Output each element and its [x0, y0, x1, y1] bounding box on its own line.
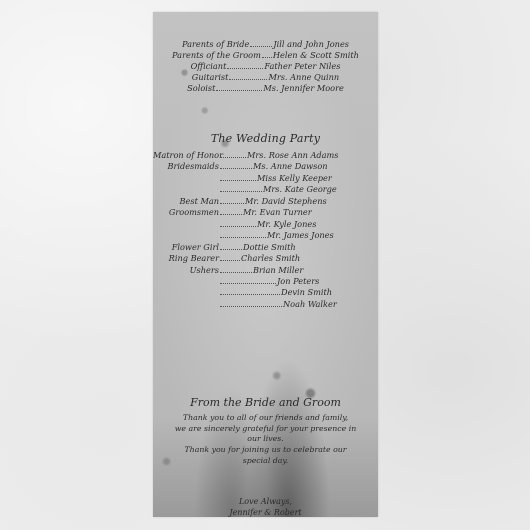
person-name: Charles Smith	[241, 253, 331, 264]
program-row: BridesmaidsMs. Anne Dawson	[153, 161, 378, 172]
role-label: Matron of Honor	[153, 150, 219, 161]
role-label: Guitarist	[192, 72, 229, 83]
person-name: Miss Kelly Keeper	[257, 173, 347, 184]
person-name: Jon Peters	[277, 276, 367, 287]
wedding-program-card: Parents of BrideJill and John JonesParen…	[153, 12, 378, 517]
program-row: OfficiantFather Peter Niles	[153, 61, 378, 72]
program-row: Devin Smith	[153, 287, 378, 298]
person-name: Father Peter Niles	[264, 61, 340, 72]
role-label	[153, 287, 219, 298]
leader-dots	[220, 219, 256, 227]
role-label	[153, 230, 219, 241]
leader-dots	[220, 230, 266, 238]
officiants-list: Parents of BrideJill and John JonesParen…	[153, 39, 378, 94]
program-row: Flower GirlDottie Smith	[153, 242, 378, 253]
program-row: Parents of the GroomHelen & Scott Smith	[153, 50, 378, 61]
role-label: Parents of the Groom	[172, 50, 261, 61]
role-label	[153, 219, 219, 230]
leader-dots	[220, 287, 280, 295]
role-label: Best Man	[153, 196, 219, 207]
person-name: Mrs. Anne Quinn	[268, 72, 339, 83]
person-name: Jill and John Jones	[273, 39, 349, 50]
role-label: Ushers	[153, 265, 219, 276]
signoff: Love Always, Jennifer & Robert	[153, 496, 378, 517]
program-row: SoloistMs. Jennifer Moore	[153, 83, 378, 94]
leader-dots	[220, 196, 244, 204]
program-row: Miss Kelly Keeper	[153, 173, 378, 184]
role-label	[153, 173, 219, 184]
leader-dots	[220, 184, 262, 192]
leader-dots	[250, 39, 272, 47]
person-name: Dottie Smith	[243, 242, 333, 253]
leader-dots	[220, 207, 242, 215]
role-label	[153, 299, 219, 310]
role-label: Soloist	[187, 83, 215, 94]
program-row: Matron of HonorMrs. Rose Ann Adams	[153, 150, 378, 161]
leader-dots	[262, 50, 272, 58]
leader-dots	[220, 265, 252, 273]
signoff-names: Jennifer & Robert	[153, 507, 378, 517]
role-label: Flower Girl	[153, 242, 219, 253]
closing-message: Thank you to all of our friends and fami…	[153, 413, 378, 467]
program-row: GuitaristMrs. Anne Quinn	[153, 72, 378, 83]
leader-dots	[220, 299, 282, 307]
program-row: Best ManMr. David Stephens	[153, 196, 378, 207]
person-name: Mr. Evan Turner	[243, 207, 333, 218]
role-label: Parents of Bride	[182, 39, 249, 50]
leader-dots	[220, 253, 240, 261]
leader-dots	[229, 72, 267, 80]
role-label: Groomsmen	[153, 207, 219, 218]
wedding-party-list: Matron of HonorMrs. Rose Ann AdamsBrides…	[153, 150, 378, 310]
program-row: Mrs. Kate George	[153, 184, 378, 195]
person-name: Mr. Kyle Jones	[257, 219, 347, 230]
program-row: GroomsmenMr. Evan Turner	[153, 207, 378, 218]
closing-line: Thank you for joining us to celebrate ou…	[171, 445, 360, 466]
leader-dots	[216, 83, 262, 91]
role-label: Ring Bearer	[153, 253, 219, 264]
role-label	[153, 276, 219, 287]
program-row: Parents of BrideJill and John Jones	[153, 39, 378, 50]
person-name: Helen & Scott Smith	[273, 50, 359, 61]
program-row: Ring BearerCharles Smith	[153, 253, 378, 264]
signoff-line: Love Always,	[153, 496, 378, 507]
leader-dots	[220, 150, 246, 158]
closing-line: we are sincerely grateful for your prese…	[171, 424, 360, 445]
program-row: Noah Walker	[153, 299, 378, 310]
leader-dots	[220, 173, 256, 181]
person-name: Mrs. Rose Ann Adams	[247, 150, 337, 161]
program-row: UshersBrian Miller	[153, 265, 378, 276]
leader-dots	[220, 242, 242, 250]
person-name: Mrs. Kate George	[263, 184, 353, 195]
person-name: Ms. Anne Dawson	[253, 161, 343, 172]
person-name: Noah Walker	[283, 299, 373, 310]
role-label: Bridesmaids	[153, 161, 219, 172]
closing-line: Thank you to all of our friends and fami…	[171, 413, 360, 424]
person-name: Devin Smith	[281, 287, 371, 298]
wedding-party-heading: The Wedding Party	[153, 132, 378, 145]
role-label	[153, 184, 219, 195]
leader-dots	[227, 61, 263, 69]
person-name: Mr. James Jones	[267, 230, 357, 241]
program-row: Jon Peters	[153, 276, 378, 287]
closing-heading: From the Bride and Groom	[153, 396, 378, 409]
person-name: Mr. David Stephens	[245, 196, 335, 207]
role-label: Officiant	[191, 61, 227, 72]
program-row: Mr. James Jones	[153, 230, 378, 241]
person-name: Brian Miller	[253, 265, 343, 276]
person-name: Ms. Jennifer Moore	[263, 83, 343, 94]
leader-dots	[220, 161, 252, 169]
program-row: Mr. Kyle Jones	[153, 219, 378, 230]
leader-dots	[220, 276, 276, 284]
